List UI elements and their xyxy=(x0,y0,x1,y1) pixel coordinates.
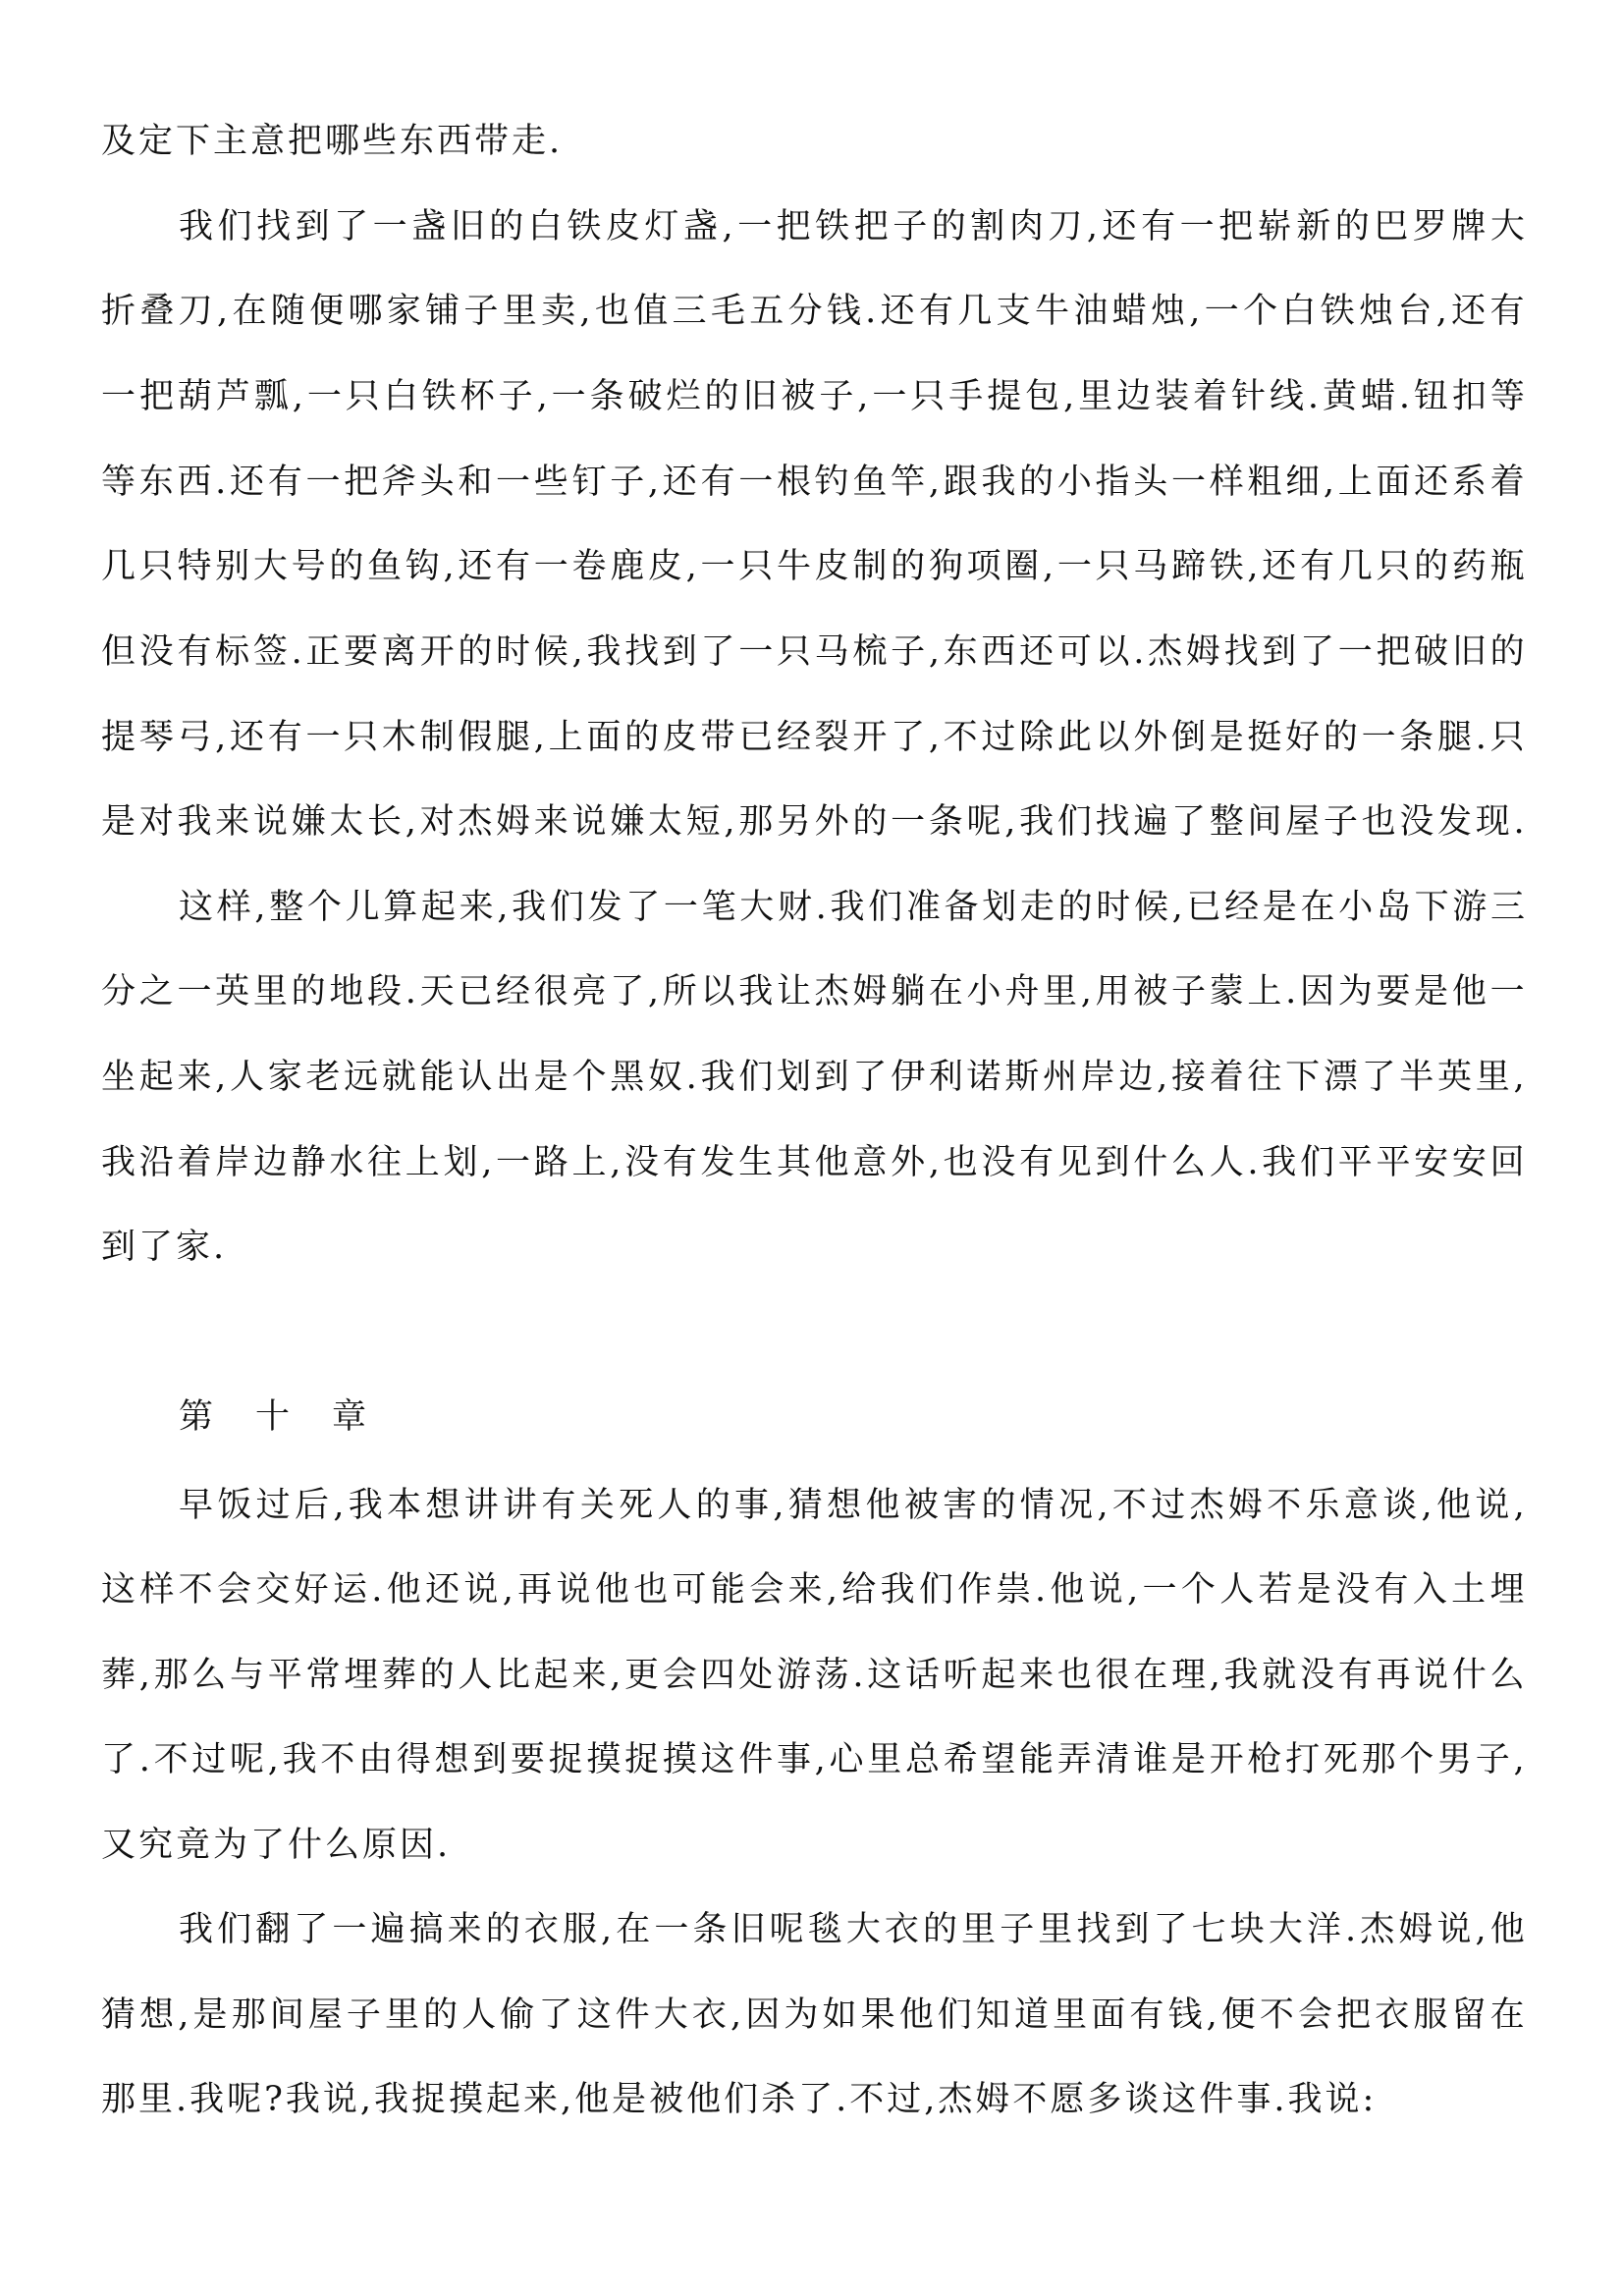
text-line: 分​之​一​英​里​的​地​段​.​天​已​经​很​亮​了​,​所​以​我​让​… xyxy=(101,972,1525,1011)
paragraph-first-line: 我​们​找​到​了​一​盏​旧​的​白​铁​皮​灯​盏​,​一​把​铁​把​子​… xyxy=(179,207,1525,246)
text-line: 提​琴​弓​,​还​有​一​只​木​制​假​腿​,​上​面​的​皮​带​已​经​… xyxy=(101,718,1525,757)
text-line: 了​.​不​过​呢​,​我​不​由​得​想​到​要​捉​摸​捉​摸​这​件​事​… xyxy=(101,1740,1525,1779)
text-line: 坐​起​来​,​人​家​老​远​就​能​认​出​是​个​黑​奴​.​我​们​划​… xyxy=(101,1058,1525,1097)
text-line: 但​没​有​标​签​.​正​要​离​开​的​时​候​,​我​找​到​了​一​只​… xyxy=(101,632,1525,672)
text-line: 这​样​不​会​交​好​运​.​他​还​说​,​再​说​他​也​可​能​会​来​… xyxy=(101,1570,1525,1610)
paragraph-first-line: 早​饭​过​后​,​我​本​想​讲​讲​有​关​死​人​的​事​,​猜​想​他​… xyxy=(179,1486,1525,1525)
paragraph-first-line: 这​样​,​整​个​儿​算​起​来​,​我​们​发​了​一​笔​大​财​.​我​… xyxy=(179,888,1525,927)
text-line: 等​东​西​.​还​有​一​把​斧​头​和​一​些​钉​子​,​还​有​一​根​… xyxy=(101,463,1525,502)
text-line: 几​只​特​别​大​号​的​鱼​钩​,​还​有​一​卷​鹿​皮​,​一​只​牛​… xyxy=(101,547,1525,586)
chapter-heading: 第十章 xyxy=(179,1397,408,1437)
paragraph-first-line: 我​们​翻​了​一​遍​搞​来​的​衣​服​,​在​一​条​旧​呢​毯​大​衣​… xyxy=(179,1910,1525,1949)
document-page: 及定下主意把哪些东西带走. 我​们​找​到​了​一​盏​旧​的​白​铁​皮​灯​… xyxy=(0,0,1623,2296)
text-line: 猜​想​,​是​那​间​屋​子​里​的​人​偷​了​这​件​大​衣​,​因​为​… xyxy=(101,1995,1525,2035)
text-line: 及定下主意把哪些东西带走. xyxy=(101,122,1525,161)
text-line: 一​把​葫​芦​瓢​,​一​只​白​铁​杯​子​,​一​条​破​烂​的​旧​被​… xyxy=(101,377,1525,416)
text-line: 是​对​我​来​说​嫌​太​长​,​对​杰​姆​来​说​嫌​太​短​,​那​另​… xyxy=(101,802,1525,842)
text-line: 葬​,​那​么​与​平​常​埋​葬​的​人​比​起​来​,​更​会​四​处​游​… xyxy=(101,1656,1525,1695)
text-line: 我​沿​着​岸​边​静​水​往​上​划​,​一​路​上​,​没​有​发​生​其​… xyxy=(101,1143,1525,1182)
text-line: 又究竟为了什么原因. xyxy=(101,1826,1525,1865)
text-line: 那里.我呢?我说,我捉摸起来,他是被他们杀了.不过,杰姆不愿多谈这件事.我说: xyxy=(101,2080,1525,2119)
text-line: 到了家. xyxy=(101,1228,1525,1267)
text-line: 折​叠​刀​,​在​随​便​哪​家​铺​子​里​卖​,​也​值​三​毛​五​分​… xyxy=(101,292,1525,331)
